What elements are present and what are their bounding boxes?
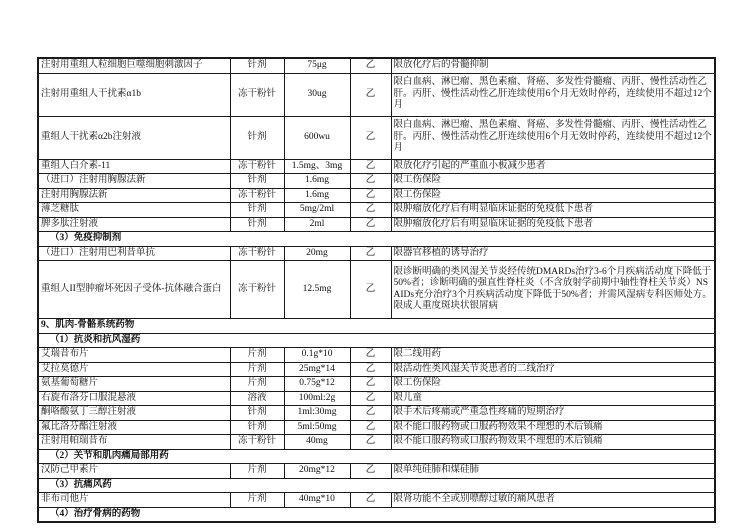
dosage-form-cell: 冻干粉针: [230, 188, 284, 203]
spec-cell: 40mg: [284, 435, 350, 450]
dosage-form-cell: 片剂: [230, 348, 284, 363]
remark-cell: 限肿瘤放化疗后有明显临床证据的免疫低下患者: [391, 217, 715, 232]
section-header-row: 9、肌肉-骨骼系统药物: [38, 319, 715, 334]
remark-cell: 限工伤保险: [391, 188, 715, 203]
remark-cell: 限放化疗引起的严重血小板减少患者: [391, 159, 715, 174]
table-row: 汉防己甲素片 片剂 20mg*12 乙 限单纯硅肺和煤硅肺: [38, 464, 715, 479]
table-row: 重组人II型肿瘤坏死因子受体-抗体融合蛋白 冻干粉针 12.5mg 乙 限诊断明…: [38, 261, 715, 319]
category-cell: 乙: [350, 464, 391, 479]
table-row: 右旋布洛芬口服混悬液 溶液 100ml:2g 乙 限儿童: [38, 391, 715, 406]
table-row: 艾拉莫德片 片剂 25mg*14 乙 限活动性类风湿关节炎患者的二线治疗: [38, 362, 715, 377]
drug-name-cell: 艾瑞昔布片: [38, 348, 230, 363]
section-header-row: （1）抗炎和抗风湿药: [38, 333, 715, 348]
category-cell: 乙: [350, 348, 391, 363]
table-row: 脾多肽注射液 针剂 2ml 乙 限肿瘤放化疗后有明显临床证据的免疫低下患者: [38, 217, 715, 232]
category-cell: 乙: [350, 73, 391, 116]
table-row: 艾瑞昔布片 片剂 0.1g*10 乙 限二线用药: [38, 348, 715, 363]
category-cell: 乙: [350, 116, 391, 159]
dosage-form-cell: 片剂: [230, 377, 284, 392]
category-cell: 乙: [350, 493, 391, 508]
drug-name-cell: 非布司他片: [38, 493, 230, 508]
drug-name-cell: 重组人干扰素α2b注射液: [38, 116, 230, 159]
spec-cell: 1.6mg: [284, 188, 350, 203]
category-cell: 乙: [350, 435, 391, 450]
section-header-row: （3）抗痛风药: [38, 478, 715, 493]
section-header-label: （3）免疫抑制剂: [38, 232, 715, 247]
table-row: 非布司他片 片剂 40mg*10 乙 限肾功能不全或别嘌醇过敏的痛风患者: [38, 493, 715, 508]
table-row: 薄芝糖肽 针剂 5mg/2ml 乙 限肿瘤放化疗后有明显临床证据的免疫低下患者: [38, 203, 715, 218]
section-header-label: （4）治疗骨病的药物: [38, 507, 715, 522]
table-row: 注射用胸腺法新 冻干粉针 1.6mg 乙 限工伤保险: [38, 188, 715, 203]
remark-cell: 限白血病、淋巴瘤、黑色素瘤、肾癌、多发性骨髓瘤、丙肝、慢性活动性乙肝。丙肝、慢性…: [391, 116, 715, 159]
category-cell: 乙: [350, 159, 391, 174]
spec-cell: 5mg/2ml: [284, 203, 350, 218]
category-cell: 乙: [350, 246, 391, 261]
section-header-row: （4）治疗骨病的药物: [38, 507, 715, 522]
spec-cell: 20mg*12: [284, 464, 350, 479]
table-row: 重组人干扰素α2b注射液 针剂 600wu 乙 限白血病、淋巴瘤、黑色素瘤、肾癌…: [38, 116, 715, 159]
drug-name-cell: 艾拉莫德片: [38, 362, 230, 377]
drug-name-cell: 氨基葡萄糖片: [38, 377, 230, 392]
category-cell: 乙: [350, 377, 391, 392]
drug-name-cell: 重组人II型肿瘤坏死因子受体-抗体融合蛋白: [38, 261, 230, 319]
remark-cell: 限诊断明确的类风湿关节炎经传统DMARDs治疗3-6个月疾病活动度下降低于50%…: [391, 261, 715, 319]
table-row: 重组人白介素-11 冻干粉针 1.5mg、3mg 乙 限放化疗引起的严重血小板减…: [38, 159, 715, 174]
drug-name-cell: 注射用重组人粒细胞巨噬细胞刺激因子: [38, 58, 230, 73]
dosage-form-cell: 针剂: [230, 217, 284, 232]
drug-name-cell: 重组人白介素-11: [38, 159, 230, 174]
remark-cell: 限肾功能不全或别嘌醇过敏的痛风患者: [391, 493, 715, 508]
drug-name-cell: 薄芝糖肽: [38, 203, 230, 218]
drug-name-cell: 脾多肽注射液: [38, 217, 230, 232]
section-header-label: （3）抗痛风药: [38, 478, 715, 493]
remark-cell: 限二线用药: [391, 348, 715, 363]
remark-cell: 限肿瘤放化疗后有明显临床证据的免疫低下患者: [391, 203, 715, 218]
drug-name-cell: 注射用胸腺法新: [38, 188, 230, 203]
dosage-form-cell: 针剂: [230, 406, 284, 421]
drug-name-cell: 注射用重组人干扰素α1b: [38, 73, 230, 116]
dosage-form-cell: 针剂: [230, 116, 284, 159]
category-cell: 乙: [350, 362, 391, 377]
spec-cell: 5ml:50mg: [284, 420, 350, 435]
category-cell: 乙: [350, 391, 391, 406]
remark-cell: 限器官移植的诱导治疗: [391, 246, 715, 261]
remark-cell: 限不能口服药物或口服药物效果不理想的术后镇痛: [391, 435, 715, 450]
spec-cell: 1.6mg: [284, 174, 350, 189]
section-header-label: 9、肌肉-骨骼系统药物: [38, 319, 715, 334]
category-cell: 乙: [350, 174, 391, 189]
drug-name-cell: （进口）注射用胸腺法新: [38, 174, 230, 189]
spec-cell: 1ml:30mg: [284, 406, 350, 421]
section-header-row: （3）免疫抑制剂: [38, 232, 715, 247]
dosage-form-cell: 针剂: [230, 203, 284, 218]
remark-cell: 限活动性类风湿关节炎患者的二线治疗: [391, 362, 715, 377]
table-row: 氨基葡萄糖片 片剂 0.75g*12 乙 限工伤保险: [38, 377, 715, 392]
dosage-form-cell: 冻干粉针: [230, 261, 284, 319]
spec-cell: 75μg: [284, 58, 350, 73]
section-header-row: （2）关节和肌肉痛局部用药: [38, 449, 715, 464]
category-cell: 乙: [350, 58, 391, 73]
spec-cell: 20mg: [284, 246, 350, 261]
section-header-label: （1）抗炎和抗风湿药: [38, 333, 715, 348]
table-row: （进口）注射用巴利昔单抗 冻干粉针 20mg 乙 限器官移植的诱导治疗: [38, 246, 715, 261]
drug-name-cell: 酮咯酸氨丁三醇注射液: [38, 406, 230, 421]
section-header-label: （2）关节和肌肉痛局部用药: [38, 449, 715, 464]
dosage-form-cell: 溶液: [230, 391, 284, 406]
spec-cell: 40mg*10: [284, 493, 350, 508]
spec-cell: 0.75g*12: [284, 377, 350, 392]
document-page: 注射用重组人粒细胞巨噬细胞刺激因子 针剂 75μg 乙 限放化疗后的骨髓抑制 注…: [0, 0, 750, 530]
remark-cell: 限放化疗后的骨髓抑制: [391, 58, 715, 73]
spec-cell: 2ml: [284, 217, 350, 232]
dosage-form-cell: 冻干粉针: [230, 246, 284, 261]
remark-cell: 限不能口服药物或口服药物效果不理想的术后镇痛: [391, 420, 715, 435]
category-cell: 乙: [350, 420, 391, 435]
remark-cell: 限工伤保险: [391, 174, 715, 189]
spec-cell: 12.5mg: [284, 261, 350, 319]
spec-cell: 25mg*14: [284, 362, 350, 377]
remark-cell: 限工伤保险: [391, 377, 715, 392]
table-row: 注射用帕瑞昔布 冻干粉针 40mg 乙 限不能口服药物或口服药物效果不理想的术后…: [38, 435, 715, 450]
remark-cell: 限白血病、淋巴瘤、黑色素瘤、肾癌、多发性骨髓瘤、丙肝、慢性活动性乙肝。丙肝、慢性…: [391, 73, 715, 116]
dosage-form-cell: 片剂: [230, 464, 284, 479]
drug-name-cell: 注射用帕瑞昔布: [38, 435, 230, 450]
spec-cell: 600wu: [284, 116, 350, 159]
table-row: 酮咯酸氨丁三醇注射液 针剂 1ml:30mg 乙 限手术后疼痛或严重急性疼痛的短…: [38, 406, 715, 421]
drug-catalog-table: 注射用重组人粒细胞巨噬细胞刺激因子 针剂 75μg 乙 限放化疗后的骨髓抑制 注…: [37, 57, 716, 523]
spec-cell: 30ug: [284, 73, 350, 116]
category-cell: 乙: [350, 406, 391, 421]
category-cell: 乙: [350, 261, 391, 319]
remark-cell: 限手术后疼痛或严重急性疼痛的短期治疗: [391, 406, 715, 421]
spec-cell: 100ml:2g: [284, 391, 350, 406]
category-cell: 乙: [350, 203, 391, 218]
remark-cell: 限单纯硅肺和煤硅肺: [391, 464, 715, 479]
spec-cell: 1.5mg、3mg: [284, 159, 350, 174]
dosage-form-cell: 冻干粉针: [230, 435, 284, 450]
spec-cell: 0.1g*10: [284, 348, 350, 363]
table-row: 注射用重组人干扰素α1b 冻干粉针 30ug 乙 限白血病、淋巴瘤、黑色素瘤、肾…: [38, 73, 715, 116]
dosage-form-cell: 冻干粉针: [230, 73, 284, 116]
dosage-form-cell: 片剂: [230, 493, 284, 508]
drug-name-cell: （进口）注射用巴利昔单抗: [38, 246, 230, 261]
table-row: 注射用重组人粒细胞巨噬细胞刺激因子 针剂 75μg 乙 限放化疗后的骨髓抑制: [38, 58, 715, 73]
remark-cell: 限儿童: [391, 391, 715, 406]
drug-name-cell: 氟比洛芬酯注射液: [38, 420, 230, 435]
table-row: 氟比洛芬酯注射液 针剂 5ml:50mg 乙 限不能口服药物或口服药物效果不理想…: [38, 420, 715, 435]
drug-name-cell: 汉防己甲素片: [38, 464, 230, 479]
table-row: （进口）注射用胸腺法新 针剂 1.6mg 乙 限工伤保险: [38, 174, 715, 189]
dosage-form-cell: 针剂: [230, 58, 284, 73]
dosage-form-cell: 冻干粉针: [230, 159, 284, 174]
category-cell: 乙: [350, 217, 391, 232]
category-cell: 乙: [350, 188, 391, 203]
dosage-form-cell: 针剂: [230, 420, 284, 435]
dosage-form-cell: 片剂: [230, 362, 284, 377]
drug-name-cell: 右旋布洛芬口服混悬液: [38, 391, 230, 406]
dosage-form-cell: 针剂: [230, 174, 284, 189]
